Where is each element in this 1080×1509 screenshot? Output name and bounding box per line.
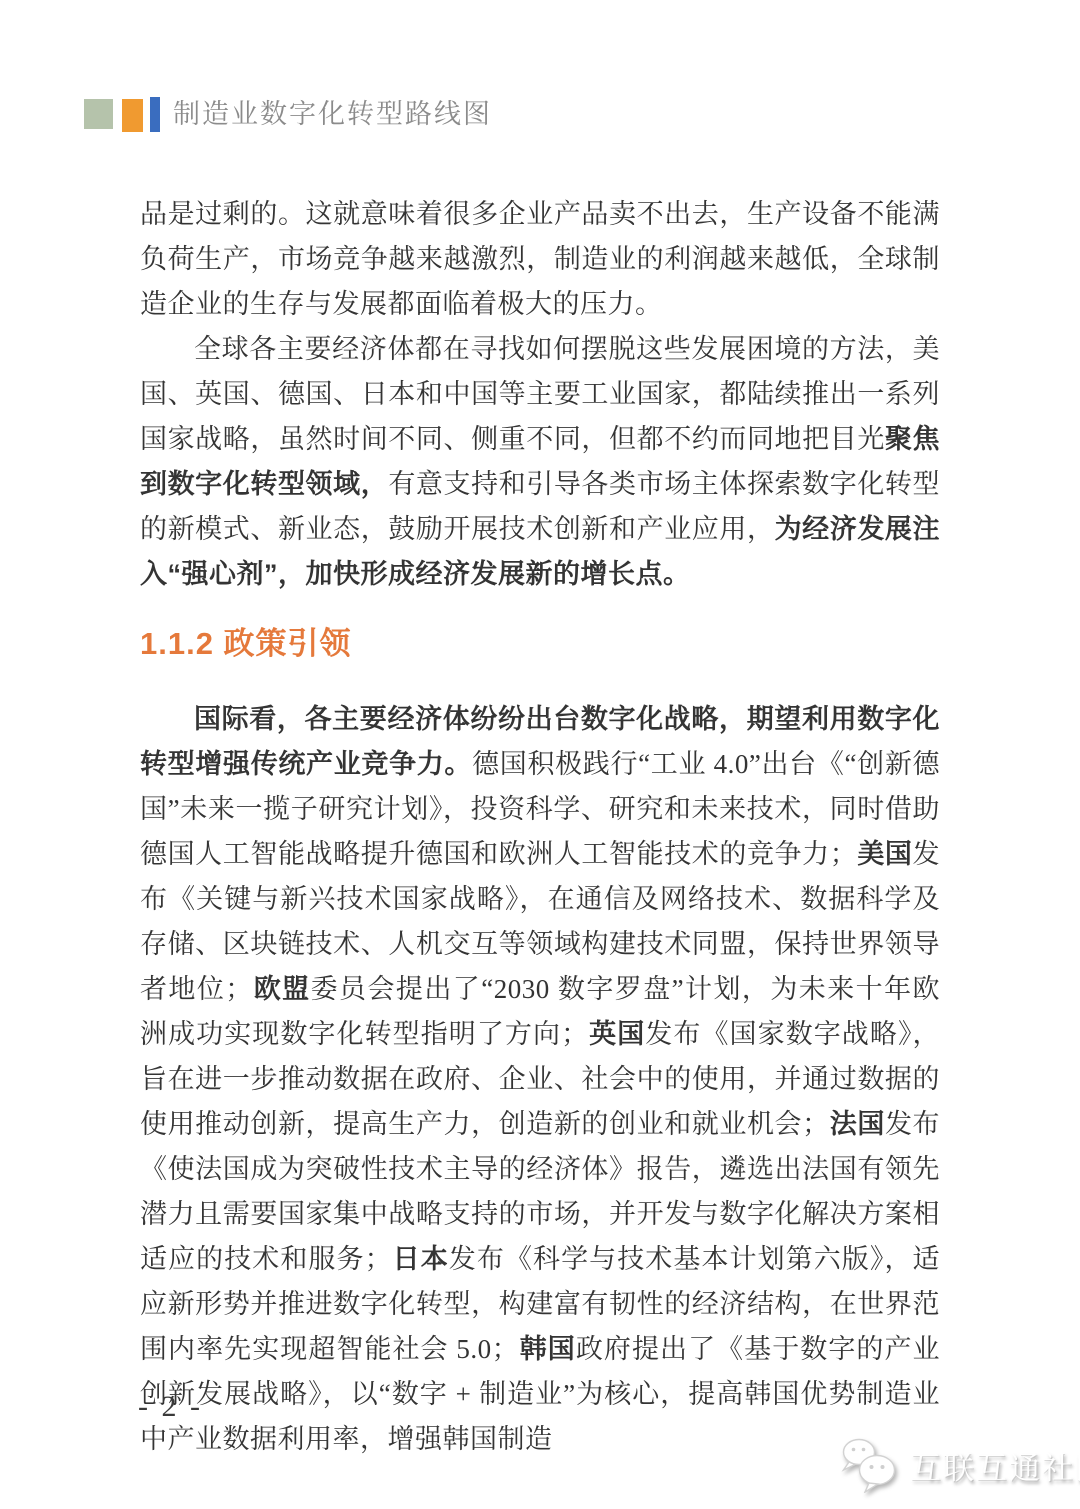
- wechat-chat-bubbles-icon: [838, 1437, 902, 1493]
- paragraph: 品是过剩的。这就意味着很多企业产品卖不出去，生产设备不能满负荷生产，市场竞争越来…: [140, 192, 940, 327]
- bold-text-run: 美国: [857, 839, 912, 869]
- page-body: 品是过剩的。这就意味着很多企业产品卖不出去，生产设备不能满负荷生产，市场竞争越来…: [140, 192, 940, 1462]
- watermark-label: 互联互通社区: [910, 1443, 1080, 1488]
- header-orange-block-icon: [122, 99, 143, 132]
- page-number: - 2 -: [138, 1390, 203, 1424]
- bold-text-run: 英国: [589, 1019, 646, 1049]
- running-header: 制造业数字化转型路线图: [84, 96, 492, 132]
- text-run: 全球各主要经济体都在寻找如何摆脱这些发展困境的方法，美国、英国、德国、日本和中国…: [140, 334, 940, 454]
- paragraph: 全球各主要经济体都在寻找如何摆脱这些发展困境的方法，美国、英国、德国、日本和中国…: [140, 327, 940, 597]
- bold-text-run: 韩国: [519, 1334, 576, 1364]
- paragraph: 国际看，各主要经济体纷纷出台数字化战略，期望利用数字化转型增强传统产业竞争力。德…: [140, 697, 940, 1462]
- bold-text-run: 欧盟: [253, 974, 311, 1004]
- bold-text-run: 日本: [392, 1244, 449, 1274]
- document-page: 制造业数字化转型路线图 品是过剩的。这就意味着很多企业产品卖不出去，生产设备不能…: [0, 0, 1080, 1509]
- document-title: 制造业数字化转型路线图: [173, 96, 492, 132]
- watermark: 互联互通社区: [838, 1437, 1080, 1493]
- header-blue-bar-icon: [150, 97, 160, 132]
- header-green-block-icon: [84, 99, 113, 129]
- section-heading: 1.1.2 政策引领: [140, 619, 940, 669]
- bold-text-run: 法国: [830, 1109, 885, 1139]
- text-run: 品是过剩的。这就意味着很多企业产品卖不出去，生产设备不能满负荷生产，市场竞争越来…: [140, 199, 940, 319]
